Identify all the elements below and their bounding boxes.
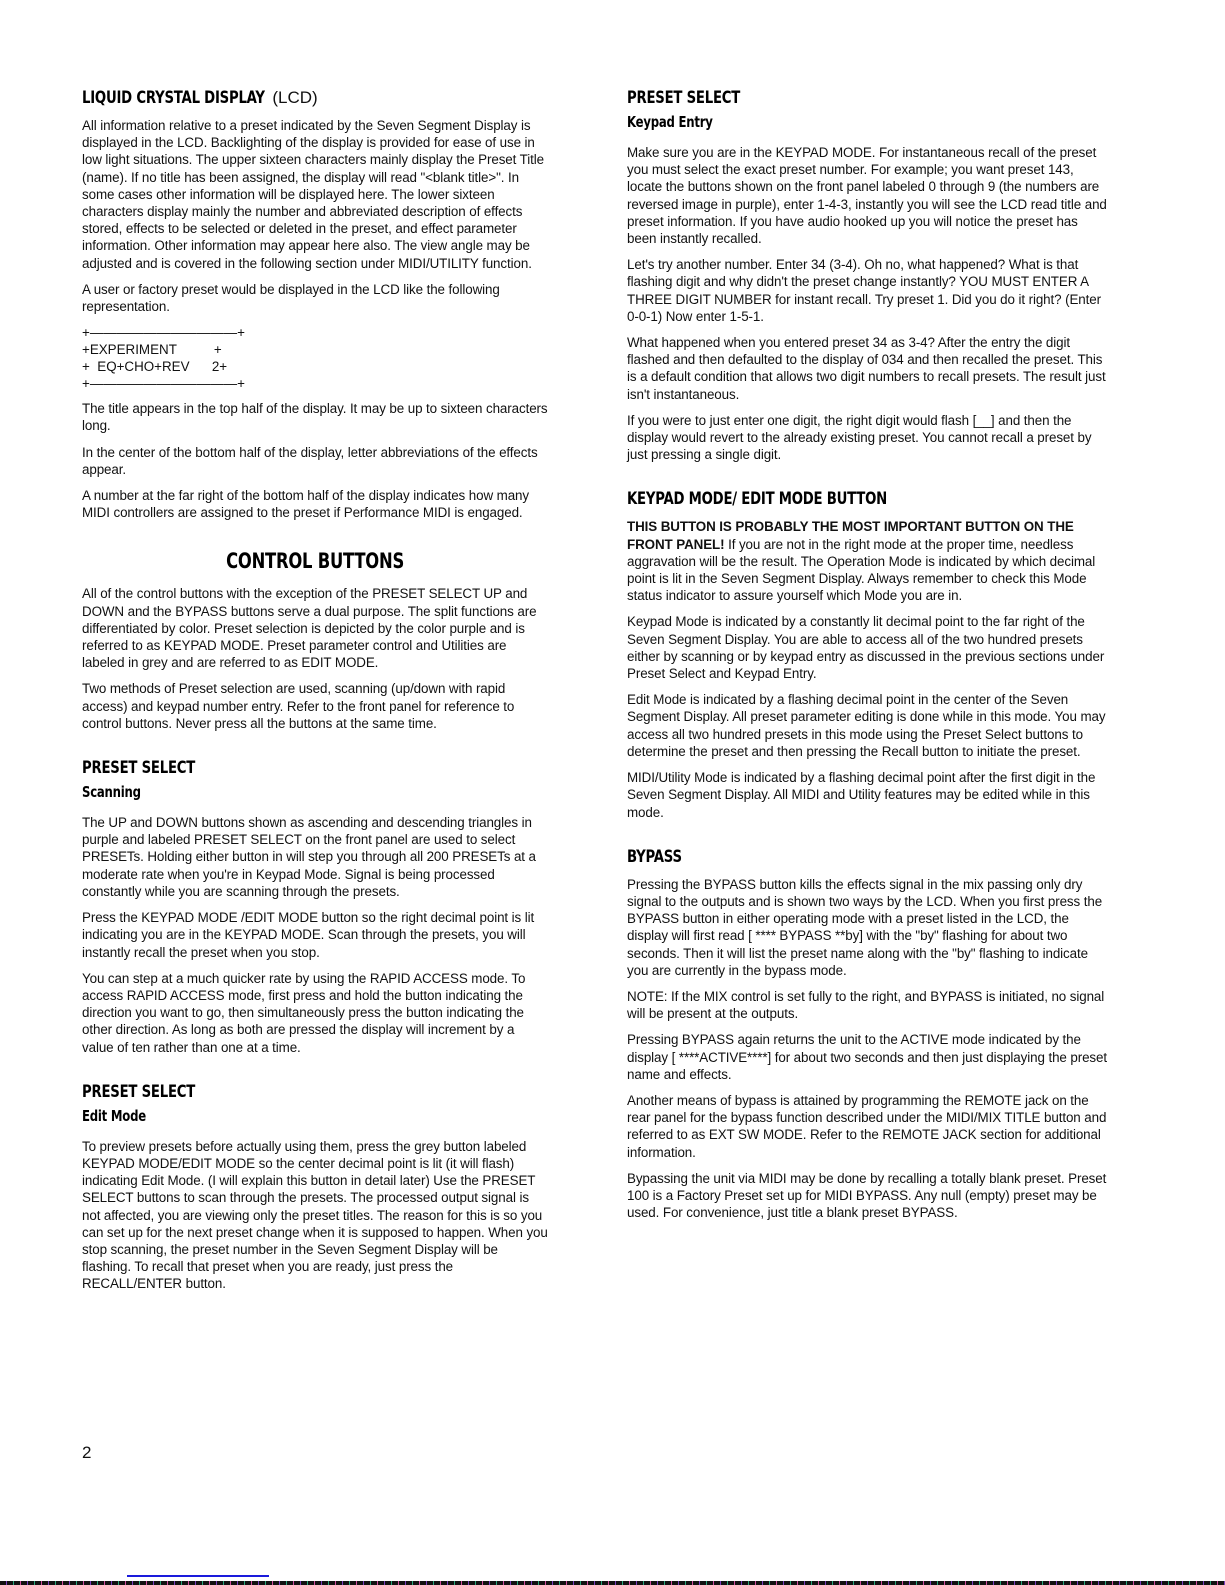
bypass-paragraph: Another means of bypass is attained by p… xyxy=(627,1092,1109,1161)
control-buttons-paragraph: Two methods of Preset selection are used… xyxy=(82,680,548,732)
keypad-entry-heading: PRESET SELECT xyxy=(627,88,1109,109)
lcd-example-line: +EXPERIMENT + xyxy=(82,341,548,358)
keypad-entry-paragraph: Make sure you are in the KEYPAD MODE. Fo… xyxy=(627,144,1109,247)
keypad-mode-button-heading-text: KEYPAD MODE/ EDIT MODE BUTTON xyxy=(627,489,887,509)
lcd-example: +———————————++EXPERIMENT ++ EQ+CHO+REV 2… xyxy=(82,324,548,392)
bypass-paragraph: Pressing BYPASS again returns the unit t… xyxy=(627,1031,1109,1083)
control-buttons-heading-text: CONTROL BUTTONS xyxy=(226,549,404,573)
keypad-mode-button-paragraph: Edit Mode is indicated by a flashing dec… xyxy=(627,691,1109,760)
keypad-entry-paragraph: Let's try another number. Enter 34 (3-4)… xyxy=(627,256,1109,325)
lcd-heading: LIQUID CRYSTAL DISPLAY(LCD) xyxy=(82,88,548,109)
control-buttons-heading: CONTROL BUTTONS xyxy=(82,549,548,573)
keypad-entry-subheading-text: Keypad Entry xyxy=(627,113,713,131)
keypad-mode-button-paragraph: MIDI/Utility Mode is indicated by a flas… xyxy=(627,769,1109,821)
preset-scanning-subheading: Scanning xyxy=(82,783,548,802)
keypad-entry-heading-text: PRESET SELECT xyxy=(627,88,740,108)
bypass-paragraph: NOTE: If the MIX control is set fully to… xyxy=(627,988,1109,1022)
lcd-example-border: +———————————+ xyxy=(82,375,548,392)
keypad-entry-paragraph: What happened when you entered preset 34… xyxy=(627,334,1109,403)
lcd-paragraph: All information relative to a preset ind… xyxy=(82,117,548,272)
keypad-mode-button-paragraph: Keypad Mode is indicated by a constantly… xyxy=(627,613,1109,682)
bypass-paragraph: Bypassing the unit via MIDI may be done … xyxy=(627,1170,1109,1222)
control-buttons-paragraph: All of the control buttons with the exce… xyxy=(82,585,548,671)
keypad-mode-button-lead: THIS BUTTON IS PROBABLY THE MOST IMPORTA… xyxy=(627,518,1109,604)
preset-scanning-paragraph: Press the KEYPAD MODE /EDIT MODE button … xyxy=(82,909,548,961)
keypad-mode-button-heading: KEYPAD MODE/ EDIT MODE BUTTON xyxy=(627,489,1109,510)
left-column: LIQUID CRYSTAL DISPLAY(LCD) All informat… xyxy=(82,88,548,1302)
lcd-paragraph: In the center of the bottom half of the … xyxy=(82,444,548,478)
keypad-entry-subheading: Keypad Entry xyxy=(627,113,1109,132)
keypad-entry-paragraph: If you were to just enter one digit, the… xyxy=(627,412,1109,464)
scan-artifact-line xyxy=(127,1575,269,1577)
lcd-example-line: + EQ+CHO+REV 2+ xyxy=(82,358,548,375)
bypass-heading: BYPASS xyxy=(627,847,1109,868)
preset-scanning-paragraph: You can step at a much quicker rate by u… xyxy=(82,970,548,1056)
right-column: PRESET SELECT Keypad Entry Make sure you… xyxy=(627,88,1109,1230)
bypass-paragraph: Pressing the BYPASS button kills the eff… xyxy=(627,876,1109,979)
lcd-heading-title: LIQUID CRYSTAL DISPLAY xyxy=(82,88,265,108)
preset-edit-subheading-text: Edit Mode xyxy=(82,1107,146,1125)
preset-scanning-heading-text: PRESET SELECT xyxy=(82,758,195,778)
preset-edit-subheading: Edit Mode xyxy=(82,1107,548,1126)
lcd-paragraph: A number at the far right of the bottom … xyxy=(82,487,548,521)
preset-scanning-paragraph: The UP and DOWN buttons shown as ascendi… xyxy=(82,814,548,900)
lcd-paragraph: A user or factory preset would be displa… xyxy=(82,281,548,315)
bypass-heading-text: BYPASS xyxy=(627,847,682,867)
preset-edit-heading-text: PRESET SELECT xyxy=(82,1082,195,1102)
scan-bottom-edge xyxy=(0,1581,1225,1585)
lcd-paragraph: The title appears in the top half of the… xyxy=(82,400,548,434)
preset-scanning-heading: PRESET SELECT xyxy=(82,758,548,779)
page-number: 2 xyxy=(82,1443,91,1463)
preset-edit-paragraph: To preview presets before actually using… xyxy=(82,1138,548,1293)
preset-edit-heading: PRESET SELECT xyxy=(82,1082,548,1103)
lcd-heading-abbrev: (LCD) xyxy=(272,88,317,107)
preset-scanning-subheading-text: Scanning xyxy=(82,783,141,801)
lcd-example-border: +———————————+ xyxy=(82,324,548,341)
